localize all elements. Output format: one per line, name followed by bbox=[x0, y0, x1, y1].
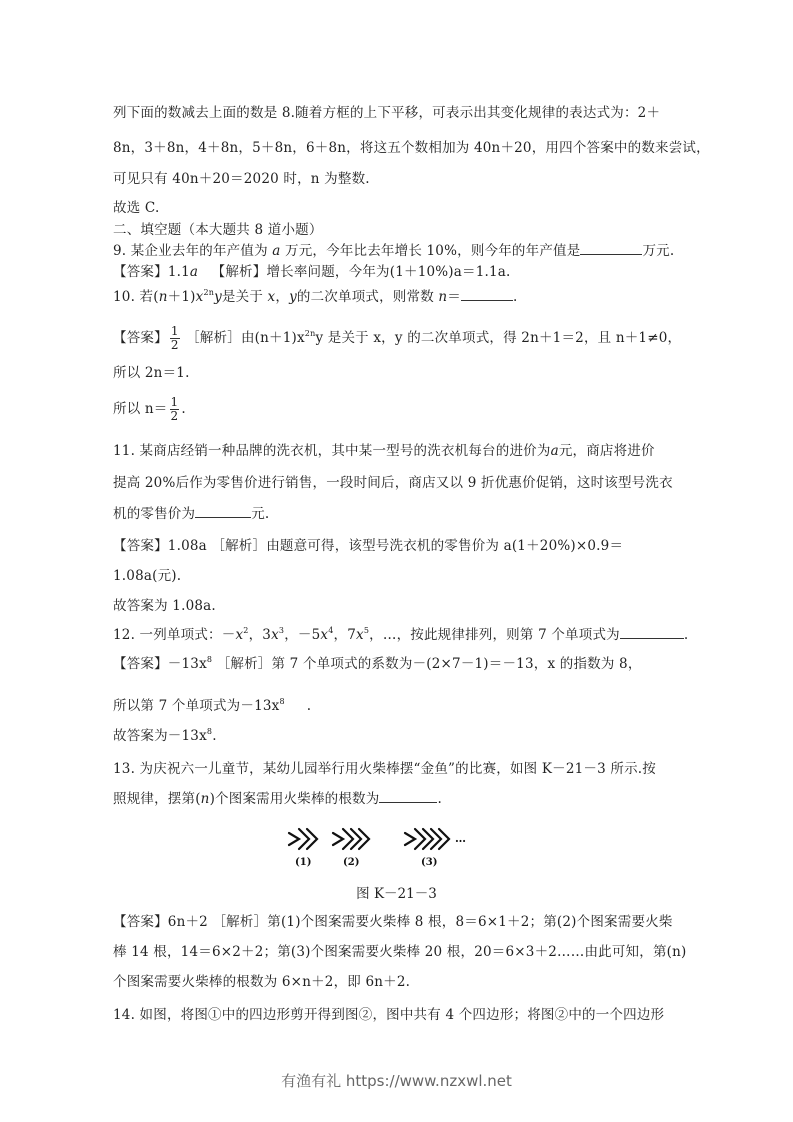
q13-line2-a: 照规律，摆第( bbox=[113, 791, 201, 807]
q10-text-b: ＋1) bbox=[168, 289, 196, 305]
q12-line2-a: 所以第 7 个单项式为－13x bbox=[113, 698, 279, 714]
q12-line2-exp: 8 bbox=[279, 697, 284, 706]
q11-var-a: a bbox=[551, 443, 559, 459]
q10-answer-fraction: 12 bbox=[170, 325, 180, 352]
question-9: 9. 某企业去年的年产值为 a 万元，今年比去年增长 10%，则今年的年产值是万… bbox=[113, 242, 674, 260]
question-11-line-1: 11. 某商店经销一种品牌的洗衣机，其中某一型号的洗衣机每台的进价为a元，商店将… bbox=[113, 442, 655, 460]
q12-text-c: . bbox=[684, 627, 689, 643]
q10-var-n: n bbox=[159, 289, 168, 305]
q13-answer-blank bbox=[379, 790, 437, 803]
q10-var-y2: y bbox=[289, 289, 297, 305]
q9-analysis: 增长率问题，今年为(1＋10%)a＝1.1a. bbox=[266, 264, 510, 280]
matchstick-fish-icon: … (1) (2) (3) bbox=[287, 825, 517, 870]
q13-var-n: n bbox=[201, 791, 210, 807]
q11-text-b: 元，商店将进价 bbox=[559, 443, 655, 459]
q9-answer: 【答案】1.1a 【解析】增长率问题，今年为(1＋10%)a＝1.1a. bbox=[113, 263, 511, 281]
question-12: 12. 一列单项式：－x2，3x3，－5x4，7x5，…，按此规律排列，则第 7… bbox=[113, 626, 688, 644]
section-title: 二、填空题（本大题共 8 道小题） bbox=[113, 221, 323, 239]
prev-solution-line-3: 可见只有 40n＋20＝2020 时，n 为整数. bbox=[113, 170, 370, 188]
q12-term-3-coef: －5 bbox=[298, 627, 321, 643]
question-13-line-1: 13. 为庆祝六一儿童节，某幼儿园举行用火柴棒摆“金鱼”的比赛，如图 K－21－… bbox=[113, 760, 656, 778]
q11-conclusion: 故答案为 1.08a. bbox=[113, 597, 216, 615]
prev-solution-line-2: 8n，3＋8n，4＋8n，5＋8n，6＋8n，将这五个数相加为 40n＋20，用… bbox=[113, 139, 710, 157]
question-10: 10. 若(n＋1)x2ny是关于 x，y的二次单项式，则常数 n＝. bbox=[113, 288, 518, 306]
q10-analysis-b: y 是关于 x，y 的二次单项式，得 2n＋1＝2，且 n＋1≠0， bbox=[315, 330, 681, 346]
q11-answer-blank bbox=[195, 505, 251, 518]
q11-text-a: 11. 某商店经销一种品牌的洗衣机，其中某一型号的洗衣机每台的进价为 bbox=[113, 443, 551, 459]
fraction-denominator: 2 bbox=[170, 339, 180, 352]
prev-solution-conclusion: 故选 C. bbox=[113, 199, 159, 217]
q13-line2-b: )个图案需用火柴棒的根数为 bbox=[210, 791, 380, 807]
q10-line3-suffix: . bbox=[181, 401, 186, 417]
q10-text-d: ， bbox=[275, 289, 289, 305]
q10-analysis-a: ［解析］由(n＋1)x bbox=[186, 330, 305, 346]
q9-answer-blank bbox=[580, 242, 642, 255]
q10-var-y: y bbox=[214, 289, 222, 305]
q10-text-f: ＝ bbox=[447, 289, 461, 305]
q10-line3-fraction: 12 bbox=[170, 396, 180, 423]
q12-line3-a: 故答案为－13x bbox=[113, 728, 207, 744]
q10-line3-prefix: 所以 n＝ bbox=[113, 401, 168, 417]
q12-line3-b: . bbox=[212, 728, 217, 744]
q13-answer-line-2: 棒 14 根，14＝6×2＋2；第(3)个图案需要火柴棒 20 根，20＝6×3… bbox=[113, 943, 687, 961]
answer-label: 【答案】 bbox=[113, 330, 168, 346]
q12-term-1-exp: 2 bbox=[243, 626, 248, 635]
q10-answer: 【答案】12 ［解析］由(n＋1)x2ny 是关于 x，y 的二次单项式，得 2… bbox=[113, 325, 681, 352]
fraction-numerator: 1 bbox=[170, 396, 180, 410]
q10-analysis-exponent: 2n bbox=[305, 329, 316, 338]
question-11-line-3: 机的零售价为元. bbox=[113, 505, 269, 523]
q12-text-b: ，…，按此规律排列，则第 7 个单项式为 bbox=[369, 627, 620, 643]
fraction-denominator: 2 bbox=[170, 410, 180, 423]
q12-line2-b: . bbox=[307, 698, 312, 714]
q10-exponent: 2n bbox=[203, 288, 214, 297]
q12-answer-blank bbox=[620, 626, 684, 639]
q12-term-2-exp: 3 bbox=[279, 626, 284, 635]
q12-text-a: 12. 一列单项式：－ bbox=[113, 627, 235, 643]
q10-text-c: 是关于 bbox=[222, 289, 263, 305]
q10-var-n2: n bbox=[438, 289, 447, 305]
q12-line-2: 所以第 7 个单项式为－13x8. bbox=[113, 697, 311, 715]
q13-answer-line-3: 个图案需要火柴棒的根数为 6×n＋2，即 6n＋2. bbox=[113, 973, 410, 991]
fraction-numerator: 1 bbox=[170, 325, 180, 339]
q10-text-g: . bbox=[513, 289, 518, 305]
question-14-line-1: 14. 如图，将图①中的四边形剪开得到图②，图中共有 4 个四边形；将图②中的一… bbox=[113, 1006, 664, 1024]
q9-var-a: a bbox=[272, 243, 280, 259]
q12-answer-b: ［解析］第 7 个单项式的系数为－(2×7－1)＝－13，x 的指数为 8， bbox=[212, 656, 641, 672]
question-13-line-2: 照规律，摆第(n)个图案需用火柴棒的根数为. bbox=[113, 790, 442, 808]
q12-term-4-var: x bbox=[356, 627, 364, 643]
analysis-label: 【解析】 bbox=[212, 264, 267, 280]
q9-text-c: 万元. bbox=[642, 243, 674, 259]
q12-term-4-coef: 7 bbox=[347, 627, 356, 643]
footer-watermark: 有渔有礼 https://www.nzxwl.net bbox=[0, 1070, 793, 1091]
q11-answer-line-1: 【答案】1.08a ［解析］由题意可得，该型号洗衣机的零售价为 a(1＋20%)… bbox=[113, 537, 623, 555]
figure-label-2: (2) bbox=[343, 857, 359, 868]
q10-line-2: 所以 2n＝1. bbox=[113, 364, 190, 382]
question-11-line-2: 提高 20%后作为零售价进行销售，一段时间后，商店又以 9 折优惠价促销，这时该… bbox=[113, 474, 673, 492]
q9-answer-value: 1.1 bbox=[168, 264, 190, 280]
q12-answer-a: 【答案】－13x bbox=[113, 656, 207, 672]
answer-label: 【答案】 bbox=[113, 264, 168, 280]
q12-term-2-var: x bbox=[271, 627, 279, 643]
q9-answer-var: a bbox=[190, 264, 198, 280]
q10-text-a: 10. 若( bbox=[113, 289, 159, 305]
prev-solution-line-1: 列下面的数减去上面的数是 8.随着方框的上下平移，可表示出其变化规律的表达式为：… bbox=[113, 104, 660, 122]
q12-answer: 【答案】－13x8 ［解析］第 7 个单项式的系数为－(2×7－1)＝－13，x… bbox=[113, 655, 642, 673]
q12-term-3-exp: 4 bbox=[328, 626, 333, 635]
q11-line3-b: 元. bbox=[251, 506, 269, 522]
q10-text-e: 的二次单项式，则常数 bbox=[297, 289, 434, 305]
document-page: 列下面的数减去上面的数是 8.随着方框的上下平移，可表示出其变化规律的表达式为：… bbox=[0, 0, 793, 1122]
figure-label-3: (3) bbox=[421, 857, 437, 868]
q12-conclusion: 故答案为－13x8. bbox=[113, 727, 217, 745]
q10-answer-blank bbox=[461, 288, 513, 301]
q13-answer-line-1: 【答案】6n＋2 ［解析］第(1)个图案需要火柴棒 8 根，8＝6×1＋2；第(… bbox=[113, 913, 673, 931]
q9-text-a: 9. 某企业去年的年产值为 bbox=[113, 243, 268, 259]
q13-line2-c: . bbox=[437, 791, 442, 807]
figure-label-1: (1) bbox=[295, 857, 311, 868]
matchstick-figure: … (1) (2) (3) bbox=[287, 825, 517, 870]
q12-term-2-coef: 3 bbox=[262, 627, 271, 643]
q10-line-3: 所以 n＝12. bbox=[113, 396, 186, 423]
q11-answer-line-2: 1.08a(元). bbox=[113, 567, 181, 585]
figure-ellipsis: … bbox=[455, 832, 466, 845]
q9-text-b: 万元，今年比去年增长 10%，则今年的年产值是 bbox=[285, 243, 580, 259]
figure-caption: 图 K－21－3 bbox=[0, 882, 793, 902]
q11-line3-a: 机的零售价为 bbox=[113, 506, 195, 522]
